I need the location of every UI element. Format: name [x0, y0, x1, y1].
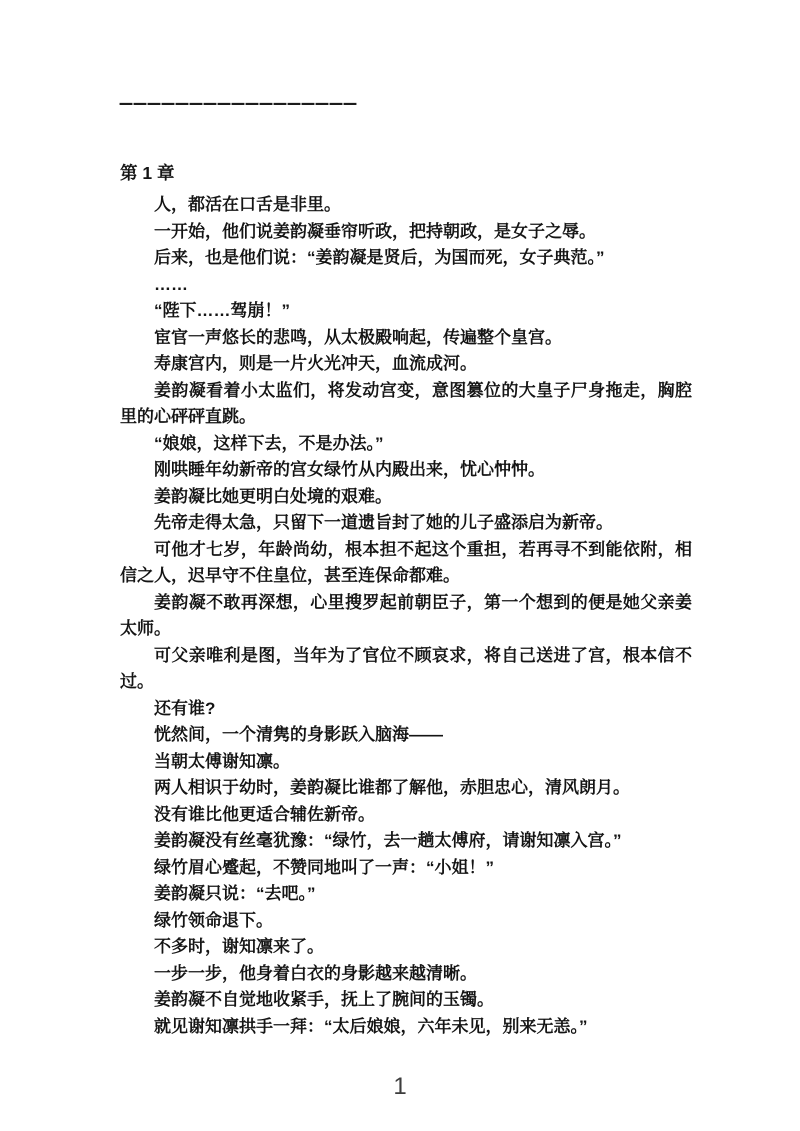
paragraph: 一开始，他们说姜韵凝垂帘听政，把持朝政，是女子之辱。: [120, 219, 692, 246]
chapter-title: 第 1 章: [120, 161, 174, 185]
paragraph: 先帝走得太急，只留下一道遗旨封了她的儿子盛添启为新帝。: [120, 510, 692, 537]
paragraph: ……: [120, 272, 692, 299]
paragraph: 还有谁?: [120, 696, 692, 723]
paragraph: 后来，也是他们说：“姜韵凝是贤后，为国而死，女子典范。”: [120, 245, 692, 272]
page-number: 1: [0, 1072, 800, 1102]
paragraph: 一步一步，他身着白衣的身影越来越清晰。: [120, 961, 692, 988]
paragraph: 没有谁比他更适合辅佐新帝。: [120, 802, 692, 829]
chapter-body: 人，都活在口舌是非里。一开始，他们说姜韵凝垂帘听政，把持朝政，是女子之辱。后来，…: [120, 192, 692, 1040]
paragraph: 姜韵凝只说：“去吧。”: [120, 881, 692, 908]
paragraph: 恍然间，一个清隽的身影跃入脑海——: [120, 722, 692, 749]
paragraph: 姜韵凝不自觉地收紧手，抚上了腕间的玉镯。: [120, 987, 692, 1014]
separator-dashed-line: —————————————————: [120, 96, 358, 110]
document-page: ————————————————— 第 1 章 人，都活在口舌是非里。一开始，他…: [0, 0, 800, 1131]
paragraph: 姜韵凝比她更明白处境的艰难。: [120, 484, 692, 511]
paragraph: 宦官一声悠长的悲鸣，从太极殿响起，传遍整个皇宫。: [120, 325, 692, 352]
paragraph: 刚哄睡年幼新帝的宫女绿竹从内殿出来，忧心忡忡。: [120, 457, 692, 484]
paragraph: 姜韵凝没有丝毫犹豫：“绿竹，去一趟太傅府，请谢知凛入宫。”: [120, 828, 692, 855]
paragraph: 就见谢知凛拱手一拜：“太后娘娘，六年未见，别来无恙。”: [120, 1014, 692, 1041]
paragraph: 绿竹领命退下。: [120, 908, 692, 935]
paragraph: 姜韵凝不敢再深想，心里搜罗起前朝臣子，第一个想到的便是她父亲姜太师。: [120, 590, 692, 643]
paragraph: 可父亲唯利是图，当年为了官位不顾哀求，将自己送进了宫，根本信不过。: [120, 643, 692, 696]
paragraph: “娘娘，这样下去，不是办法。”: [120, 431, 692, 458]
paragraph: 两人相识于幼时，姜韵凝比谁都了解他，赤胆忠心，清风朗月。: [120, 775, 692, 802]
paragraph: 绿竹眉心蹙起，不赞同地叫了一声：“小姐！”: [120, 855, 692, 882]
paragraph: 寿康宫内，则是一片火光冲天，血流成河。: [120, 351, 692, 378]
paragraph: 人，都活在口舌是非里。: [120, 192, 692, 219]
paragraph: 当朝太傅谢知凛。: [120, 749, 692, 776]
paragraph: 姜韵凝看着小太监们，将发动宫变，意图篡位的大皇子尸身拖走，胸腔里的心砰砰直跳。: [120, 378, 692, 431]
paragraph: 不多时，谢知凛来了。: [120, 934, 692, 961]
paragraph: “陛下……驾崩！”: [120, 298, 692, 325]
paragraph: 可他才七岁，年龄尚幼，根本担不起这个重担，若再寻不到能依附，相信之人，迟早守不住…: [120, 537, 692, 590]
